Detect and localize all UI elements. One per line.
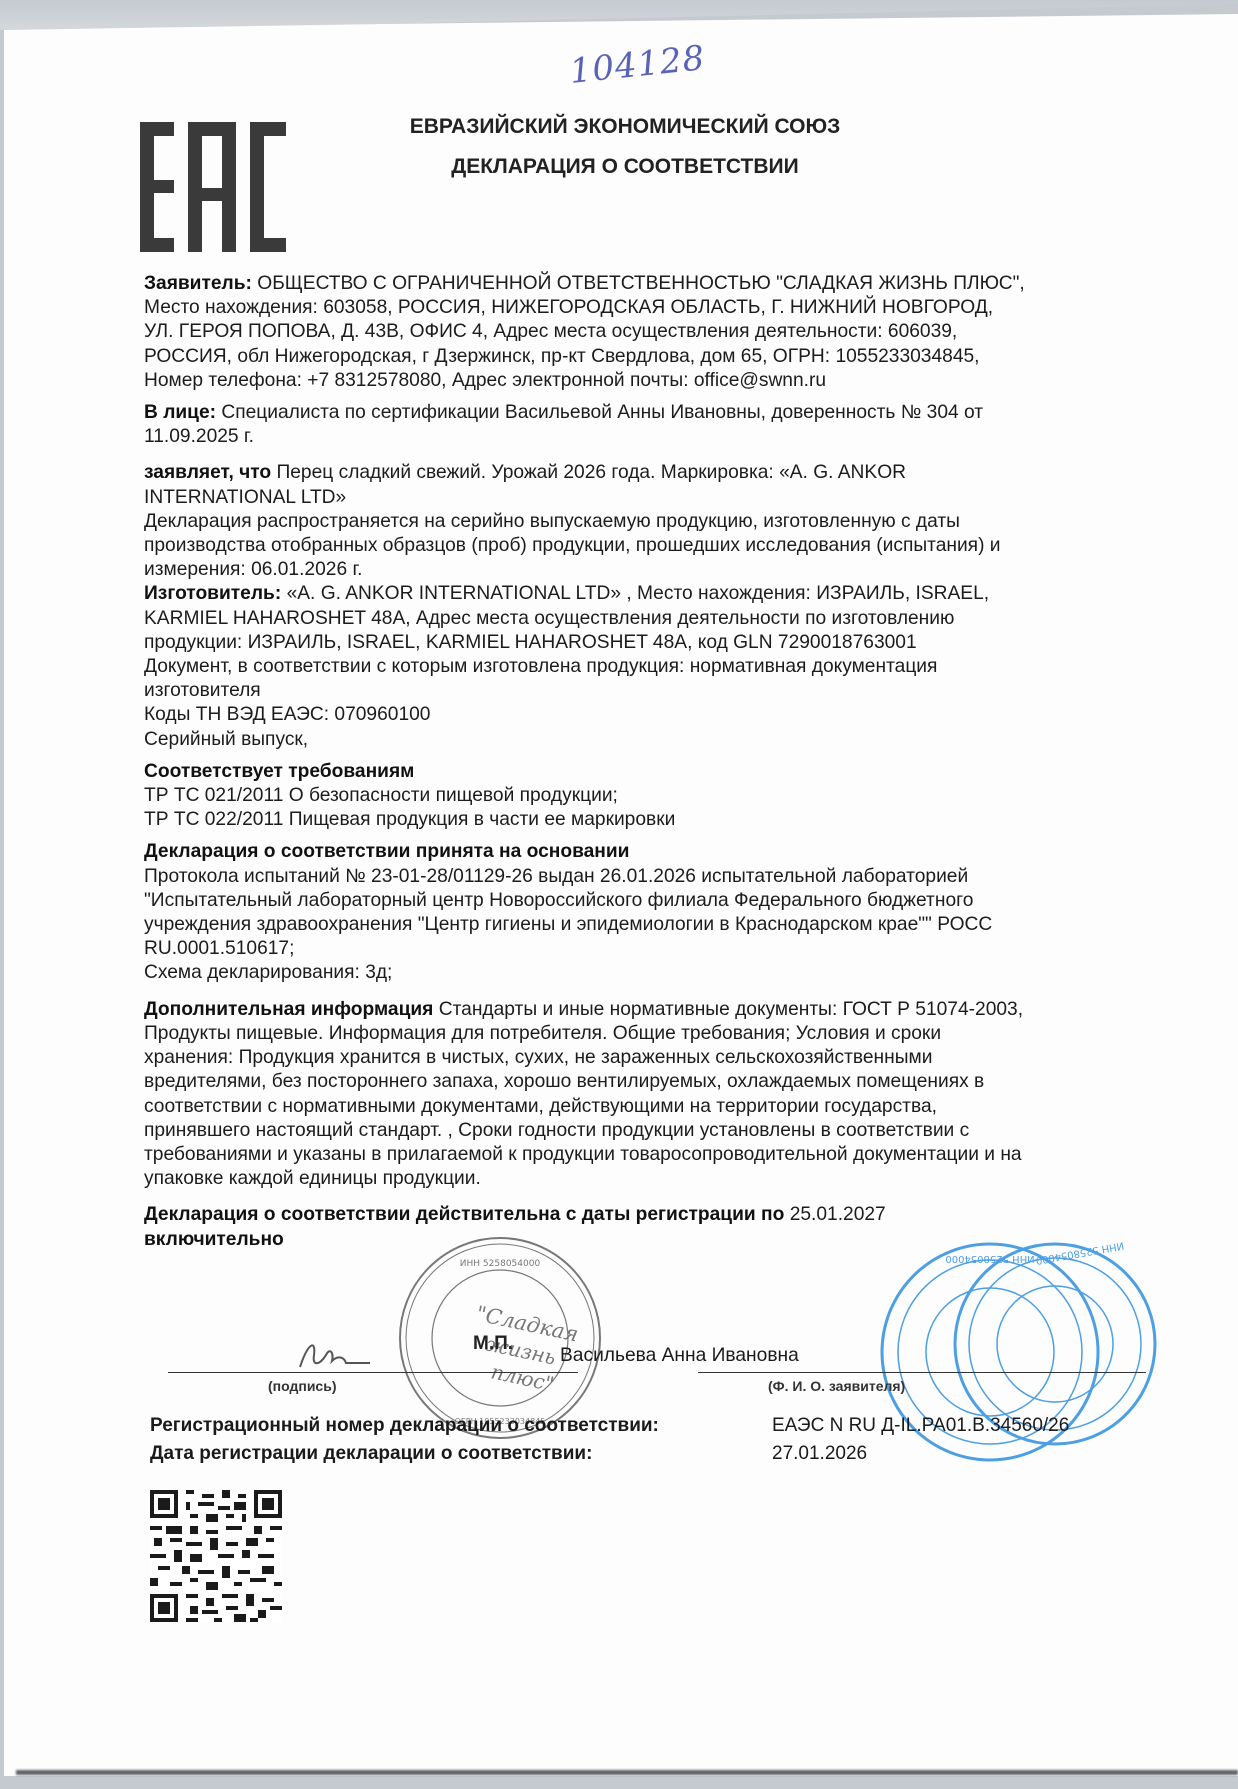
additional-info-line: принявшего настоящий стандарт. , Сроки г… xyxy=(144,1119,1154,1143)
applicant-line: ОБЩЕСТВО С ОГРАНИЧЕННОЙ ОТВЕТСТВЕННОСТЬЮ… xyxy=(257,273,1025,294)
signature-caption: (подпись) xyxy=(268,1378,337,1394)
registration-date-value: 27.01.2026 xyxy=(772,1443,867,1465)
applicant-full-name: Васильева Анна Ивановна xyxy=(560,1345,799,1367)
svg-text:ИНН 5258054000: ИНН 5258054000 xyxy=(945,1253,1034,1264)
validity-inclusive: включительно xyxy=(144,1229,284,1250)
applicant-line: Место нахождения: 603058, РОССИЯ, НИЖЕГО… xyxy=(144,296,1154,320)
represented-by-label: В лице: xyxy=(144,402,216,423)
manufacturer-line: «A. G. ANKOR INTERNATIONAL LTD» , Место … xyxy=(287,583,990,604)
product-description: Перец сладкий свежий. Урожай 2026 года. … xyxy=(276,462,906,483)
applicant-line: Номер телефона: +7 8312578080, Адрес эле… xyxy=(144,369,1154,393)
additional-info-line: хранения: Продукция хранится в чистых, с… xyxy=(144,1046,1154,1070)
signature-line xyxy=(168,1372,578,1373)
serial-production: Серийный выпуск, xyxy=(144,728,1154,752)
declaration-scheme: Схема декларирования: 3д; xyxy=(144,961,1154,985)
applicant-section: Заявитель: ОБЩЕСТВО С ОГРАНИЧЕННОЙ ОТВЕТ… xyxy=(144,272,1154,1252)
additional-info-label: Дополнительная информация xyxy=(144,999,433,1020)
declares-label: заявляет, что xyxy=(144,462,271,483)
requirements-heading: Соответствует требованиям xyxy=(144,761,414,782)
additional-info-line: соответствии с нормативными документами,… xyxy=(144,1095,1154,1119)
product-description-cont: INTERNATIONAL LTD» xyxy=(144,486,1154,510)
qr-code xyxy=(150,1490,282,1622)
seal-placeholder-mp: М.П. xyxy=(473,1333,513,1355)
manufacturer-label: Изготовитель: xyxy=(144,583,281,604)
requirement-item: ТР ТС 021/2011 О безопасности пищевой пр… xyxy=(144,784,1154,808)
handwritten-signature xyxy=(290,1335,390,1375)
name-line xyxy=(698,1372,1146,1373)
basis-line: RU.0001.510617; xyxy=(144,937,1154,961)
manufacturing-doc-line: изготовителя xyxy=(144,679,1154,703)
applicant-line: РОССИЯ, обл Нижегородская, г Дзержинск, … xyxy=(144,345,1154,369)
additional-info-line: вредителями, без постороннего запаха, хо… xyxy=(144,1070,1154,1094)
additional-info-line: Продукты пищевые. Информация для потреби… xyxy=(144,1022,1154,1046)
eac-logo-icon xyxy=(140,122,286,252)
basis-line: Протокола испытаний № 23-01-28/01129-26 … xyxy=(144,865,1154,889)
basis-line: "Испытательный лабораторный центр Новоро… xyxy=(144,889,1154,913)
additional-info-line: упаковке каждой единицы продукции. xyxy=(144,1167,1154,1191)
validity-label: Декларация о соответствии действительна … xyxy=(144,1204,784,1225)
scope-line: измерения: 06.01.2026 г. xyxy=(144,558,1154,582)
tn-ved-codes: Коды ТН ВЭД ЕАЭС: 070960100 xyxy=(144,703,1154,727)
document-title: ДЕКЛАРАЦИЯ О СООТВЕТСТВИИ xyxy=(225,155,1025,179)
manufacturer-line: продукции: ИЗРАИЛЬ, ISRAEL, KARMIEL HAHA… xyxy=(144,631,1154,655)
registration-date-label: Дата регистрации декларации о соответств… xyxy=(150,1443,592,1465)
registration-number-value: ЕАЭС N RU Д-IL.РА01.В.34560/26 xyxy=(772,1415,1069,1437)
basis-heading: Декларация о соответствии принята на осн… xyxy=(144,841,629,862)
additional-info-line: требованиями и указаны в прилагаемой к п… xyxy=(144,1143,1154,1167)
additional-info-line: Стандарты и иные нормативные документы: … xyxy=(439,999,1023,1020)
applicant-label: Заявитель: xyxy=(144,273,252,294)
svg-text:ИНН 5258054000: ИНН 5258054000 xyxy=(460,1259,541,1269)
validity-date: 25.01.2027 xyxy=(790,1204,886,1225)
manufacturing-doc-line: Документ, в соответствии с которым изгот… xyxy=(144,655,1154,679)
requirement-item: ТР ТС 022/2011 Пищевая продукция в части… xyxy=(144,808,1154,832)
manufacturer-line: KARMIEL HAHAROSHET 48A, Адрес места осущ… xyxy=(144,607,1154,631)
scope-line: Декларация распространяется на серийно в… xyxy=(144,510,1154,534)
represented-by-text: Специалиста по сертификации Васильевой А… xyxy=(221,402,983,423)
union-title: ЕВРАЗИЙСКИЙ ЭКОНОМИЧЕСКИЙ СОЮЗ xyxy=(225,115,1025,139)
scope-line: производства отобранных образцов (проб) … xyxy=(144,534,1154,558)
name-caption: (Ф. И. О. заявителя) xyxy=(768,1378,905,1394)
page-shadow xyxy=(16,1770,1238,1775)
registration-number-label: Регистрационный номер декларации о соотв… xyxy=(150,1415,659,1437)
represented-by-date: 11.09.2025 г. xyxy=(144,425,1154,449)
basis-line: учреждения здравоохранения "Центр гигиен… xyxy=(144,913,1154,937)
applicant-line: УЛ. ГЕРОЯ ПОПОВА, Д. 43В, ОФИС 4, Адрес … xyxy=(144,320,1154,344)
